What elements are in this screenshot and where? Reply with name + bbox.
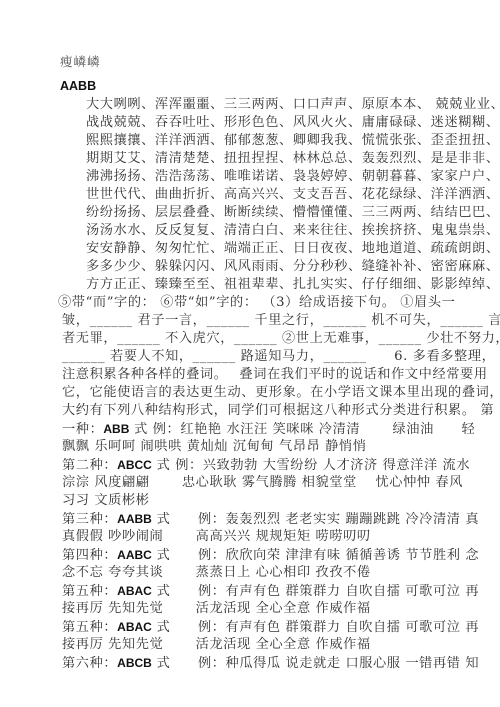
type-code: AABB	[117, 512, 152, 526]
aabb-line: 沸沸扬扬、浩浩荡荡、唯唯诺诺、袅袅婷婷、朝朝暮暮、家家户户、	[86, 168, 500, 186]
section-label-aabb: AABB	[60, 77, 96, 95]
type-prefix: 第二种：	[62, 458, 117, 473]
type-examples: 式 例：轰轰烈烈 老老实实 蹦蹦跳跳 冷冷清清 真	[152, 512, 479, 527]
type-examples: 式 例：有声有色 群策群力 自吹自擂 可歌可泣 再	[152, 620, 479, 635]
type-line: 飘飘 乐呵呵 闹哄哄 黄灿灿 沉甸甸 气昂昂 静悄悄	[62, 438, 367, 456]
type-line: 念不忘 夸夸其谈 蒸蒸日上 心心相印 孜孜不倦	[62, 564, 371, 582]
paragraph-line: 它，它能使语言的表达更生动、更形象。在小学语文课本里出现的叠词，	[62, 384, 500, 402]
type-code: ABCC	[117, 458, 152, 472]
type-prefix: 一种：	[62, 422, 103, 437]
type-code: ABB	[103, 422, 129, 436]
type-prefix: 第三种：	[62, 512, 117, 527]
type-line: 第二种：ABCC 式 例：兴致勃勃 大雪纷纷 人才济济 得意洋洋 流水	[62, 456, 470, 475]
type-code: ABAC	[117, 620, 152, 634]
paragraph-line: ⑤带“而”字的： ⑥带“如”字的： （3）给成语接下句。 ①眉头一	[58, 294, 455, 312]
aabb-line: 纷纷扬扬、层层叠叠、断断续续、懵懵懂懂、三三两两、结结巴巴、	[86, 204, 500, 222]
type-line: 接再厉 先知先觉 活龙活现 全心全意 作威作福	[62, 636, 371, 654]
type-line: 第五种：ABAC 式 例：有声有色 群策群力 自吹自擂 可歌可泣 再	[62, 618, 479, 637]
type-prefix: 第五种：	[62, 620, 117, 635]
type-line: 第三种：AABB 式 例：轰轰烈烈 老老实实 蹦蹦跳跳 冷冷清清 真	[62, 510, 479, 529]
paragraph-line: 注意积累各种各样的叠词。 叠词在我们平时的说话和作文中经常要用	[62, 366, 488, 384]
aabb-line: 多多少少、躲躲闪闪、风风雨雨、分分秒秒、缝缝补补、密密麻麻、	[86, 258, 500, 276]
type-prefix: 第六种：	[62, 656, 117, 671]
type-line: 习习 文质彬彬	[62, 492, 150, 510]
aabb-line: 大大咧咧、浑浑噩噩、三三两两、口口声声、原原本本、 兢兢业业、	[86, 96, 500, 114]
type-line: 第六种：ABCB 式 例：种瓜得瓜 说走就走 口服心服 一错再错 知	[62, 654, 479, 673]
paragraph-line: ______ 若要人不知，______ 路遥知马力，______ 6. 多看多整…	[62, 348, 495, 366]
document-page: 瘦嶙嶙 AABB 大大咧咧、浑浑噩噩、三三两两、口口声声、原原本本、 兢兢业业、…	[0, 0, 500, 707]
paragraph-line: 皱，______ 君子一言，______ 千里之行，______ 机不可失，__…	[62, 312, 500, 330]
type-line: 一种：ABB 式 例：红艳艳 水汪汪 笑咪咪 冷清清 绿油油 轻	[62, 420, 475, 439]
type-examples: 式 例：红艳艳 水汪汪 笑咪咪 冷清清 绿油油 轻	[129, 422, 475, 437]
type-examples: 式 例：欣欣向荣 津津有味 循循善诱 节节胜利 念	[152, 548, 479, 563]
type-prefix: 第五种：	[62, 584, 117, 599]
aabb-line: 熙熙攘攘、洋洋洒洒、郁郁葱葱、卿卿我我、慌慌张张、歪歪扭扭、	[86, 132, 500, 150]
aabb-line: 战战兢兢、吞吞吐吐、形形色色、风风火火、庸庸碌碌、迷迷糊糊、	[86, 114, 500, 132]
type-examples: 式 例：有声有色 群策群力 自吹自擂 可歌可泣 再	[152, 584, 479, 599]
type-line: 第四种：AABC 式 例：欣欣向荣 津津有味 循循善诱 节节胜利 念	[62, 546, 479, 565]
paragraph-line: 者无罪，______ 不入虎穴，______ ②世上无难事，______ 少壮不…	[62, 330, 500, 348]
type-code: ABCB	[117, 656, 152, 670]
type-examples: 式 例：种瓜得瓜 说走就走 口服心服 一错再错 知	[152, 656, 479, 671]
aabb-line: 期期艾艾、清清楚楚、扭扭捏捏、林林总总、轰轰烈烈、是是非非、	[86, 150, 500, 168]
doc-title: 瘦嶙嶙	[60, 53, 101, 71]
aabb-line: 方方正正、臻臻至至、祖祖辈辈、扎扎实实、仔仔细细、影影绰绰、	[86, 276, 500, 294]
aabb-line: 安安静静、匆匆忙忙、端端正正、日日夜夜、地地道道、疏疏朗朗、	[86, 240, 500, 258]
paragraph-line: 大约有下列八种结构形式，同学们可根据这八种形式分类进行积累。 第	[62, 402, 494, 420]
type-code: ABAC	[117, 584, 152, 598]
type-line: 第五种：ABAC 式 例：有声有色 群策群力 自吹自擂 可歌可泣 再	[62, 582, 479, 601]
type-code: AABC	[117, 548, 152, 562]
type-line: 淙淙 风度翩翩 忠心耿耿 雾气腾腾 相貌堂堂 忧心忡忡 春风	[62, 474, 463, 492]
aabb-line: 世世代代、曲曲折折、高高兴兴、支支吾吾、花花绿绿、洋洋洒洒、	[86, 186, 500, 204]
type-examples: 式 例：兴致勃勃 大雪纷纷 人才济济 得意洋洋 流水	[152, 458, 470, 473]
type-line: 真假假 吵吵闹闹 高高兴兴 规规矩矩 唠唠叨叨	[62, 528, 371, 546]
type-prefix: 第四种：	[62, 548, 117, 563]
type-line: 接再厉 先知先觉 活龙活现 全心全意 作威作福	[62, 600, 371, 618]
aabb-line: 汤汤水水、反反复复、清清白白、来来往往、挨挨挤挤、鬼鬼祟祟、	[86, 222, 500, 240]
